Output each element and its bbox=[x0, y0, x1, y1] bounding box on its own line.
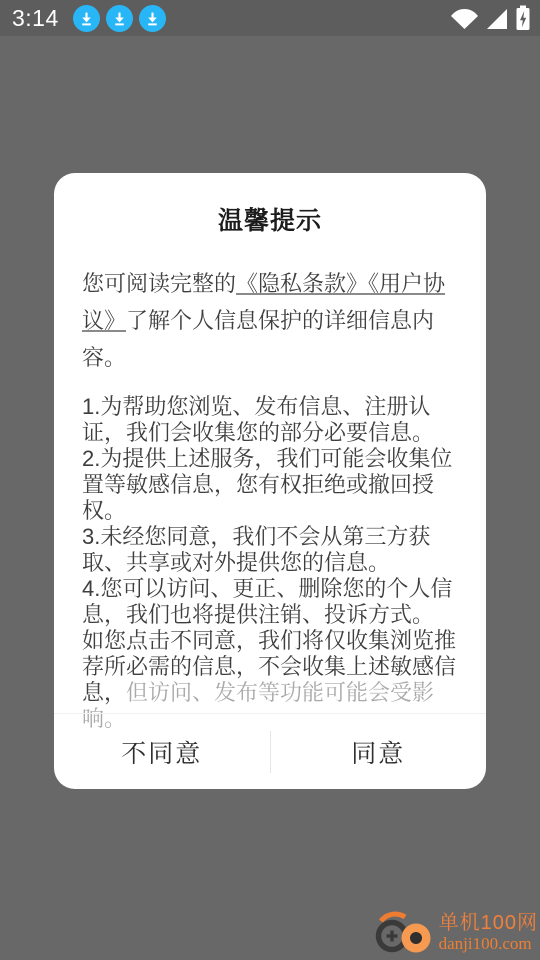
wifi-icon bbox=[449, 6, 480, 31]
term-item-4: 4.您可以访问、更正、删除您的个人信息，我们也将提供注销、投诉方式。 bbox=[82, 576, 458, 628]
status-bar: 3:14 bbox=[0, 0, 540, 36]
term-item-1: 1.为帮助您浏览、发布信息、注册认证，我们会收集您的部分必要信息。 bbox=[82, 394, 458, 446]
site-name: 单机100网 bbox=[439, 913, 538, 934]
terms-list: 1.为帮助您浏览、发布信息、注册认证，我们会收集您的部分必要信息。 2.为提供上… bbox=[82, 394, 458, 732]
intro-suffix: 了解个人信息保护的详细信息内容。 bbox=[82, 308, 434, 370]
download-notification-icon bbox=[73, 5, 100, 32]
site-watermark-text: 单机100网 danji100.com bbox=[439, 913, 538, 953]
dialog-body: 您可阅读完整的《隐私条款》《用户协议》了解个人信息保护的详细信息内容。 1.为帮… bbox=[54, 265, 486, 732]
download-icon bbox=[144, 10, 161, 27]
privacy-policy-link[interactable]: 《隐私条款》 bbox=[236, 271, 368, 296]
term-item-2: 2.为提供上述服务，我们可能会收集位置等敏感信息，您有权拒绝或撤回授权。 bbox=[82, 446, 458, 524]
site-logo-icon bbox=[373, 908, 437, 958]
dialog-footer: 不同意 同意 bbox=[54, 713, 486, 789]
battery-charging-icon bbox=[514, 4, 532, 32]
download-icon bbox=[111, 10, 128, 27]
intro-prefix: 您可阅读完整的 bbox=[82, 271, 236, 296]
site-watermark: 单机100网 danji100.com bbox=[373, 908, 538, 958]
privacy-dialog: 温馨提示 您可阅读完整的《隐私条款》《用户协议》了解个人信息保护的详细信息内容。… bbox=[54, 173, 486, 789]
disagree-button[interactable]: 不同意 bbox=[54, 714, 270, 789]
site-domain: danji100.com bbox=[439, 934, 538, 953]
term-item-3: 3.未经您同意，我们不会从第三方获取、共享或对外提供您的信息。 bbox=[82, 524, 458, 576]
clock: 3:14 bbox=[12, 0, 59, 36]
android-screen: { "status_bar": { "time": "3:14", "notif… bbox=[0, 0, 540, 960]
download-notification-icon bbox=[139, 5, 166, 32]
dialog-title: 温馨提示 bbox=[54, 201, 486, 237]
download-notification-icon bbox=[106, 5, 133, 32]
download-icon bbox=[78, 10, 95, 27]
intro-paragraph: 您可阅读完整的《隐私条款》《用户协议》了解个人信息保护的详细信息内容。 bbox=[82, 265, 458, 376]
status-system-icons bbox=[449, 4, 532, 32]
signal-icon bbox=[485, 6, 509, 31]
agree-button[interactable]: 同意 bbox=[271, 714, 487, 789]
